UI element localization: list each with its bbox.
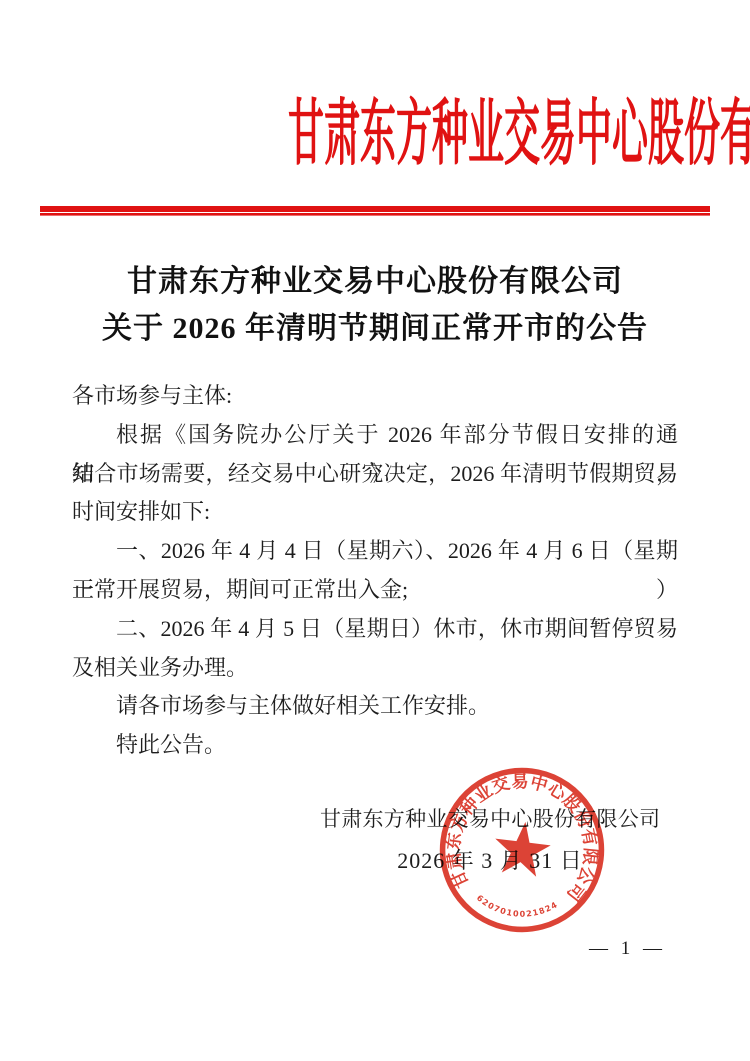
body-line: 结合市场需要，经交易中心研究决定，2026 年清明节假期贸易	[72, 455, 678, 494]
document-title-line1: 甘肃东方种业交易中心股份有限公司	[0, 258, 750, 305]
page-number: — 1 —	[589, 938, 666, 960]
document-title-line2: 关于 2026 年清明节期间正常开市的公告	[0, 305, 750, 352]
seal-star-icon	[491, 818, 553, 878]
letterhead: 甘肃东方种业交易中心股份有限公司	[0, 92, 750, 176]
document-body: 各市场参与主体:根据《国务院办公厅关于 2026 年部分节假日安排的通知》，结合…	[72, 377, 678, 765]
company-seal: 甘肃东方种业交易中心股份有限公司 6207010021824	[426, 754, 618, 946]
body-line: 及相关业务办理。	[72, 649, 678, 688]
body-line: 请各市场参与主体做好相关工作安排。	[72, 687, 678, 726]
document-page: 甘肃东方种业交易中心股份有限公司 甘肃东方种业交易中心股份有限公司 关于 202…	[0, 0, 750, 1061]
body-line: 二、2026 年 4 月 5 日（星期日）休市，休市期间暂停贸易	[72, 610, 678, 649]
body-line: 根据《国务院办公厅关于 2026 年部分节假日安排的通知》，	[72, 416, 678, 455]
letterhead-divider-rule	[40, 206, 710, 216]
body-line: 特此公告。	[72, 726, 678, 765]
letterhead-company-name: 甘肃东方种业交易中心股份有限公司	[288, 92, 750, 176]
body-line: 各市场参与主体:	[72, 377, 678, 416]
body-line: 时间安排如下:	[72, 493, 678, 532]
body-line: 一、2026 年 4 月 4 日（星期六）、2026 年 4 月 6 日（星期一…	[72, 532, 678, 571]
document-title: 甘肃东方种业交易中心股份有限公司 关于 2026 年清明节期间正常开市的公告	[0, 258, 750, 352]
